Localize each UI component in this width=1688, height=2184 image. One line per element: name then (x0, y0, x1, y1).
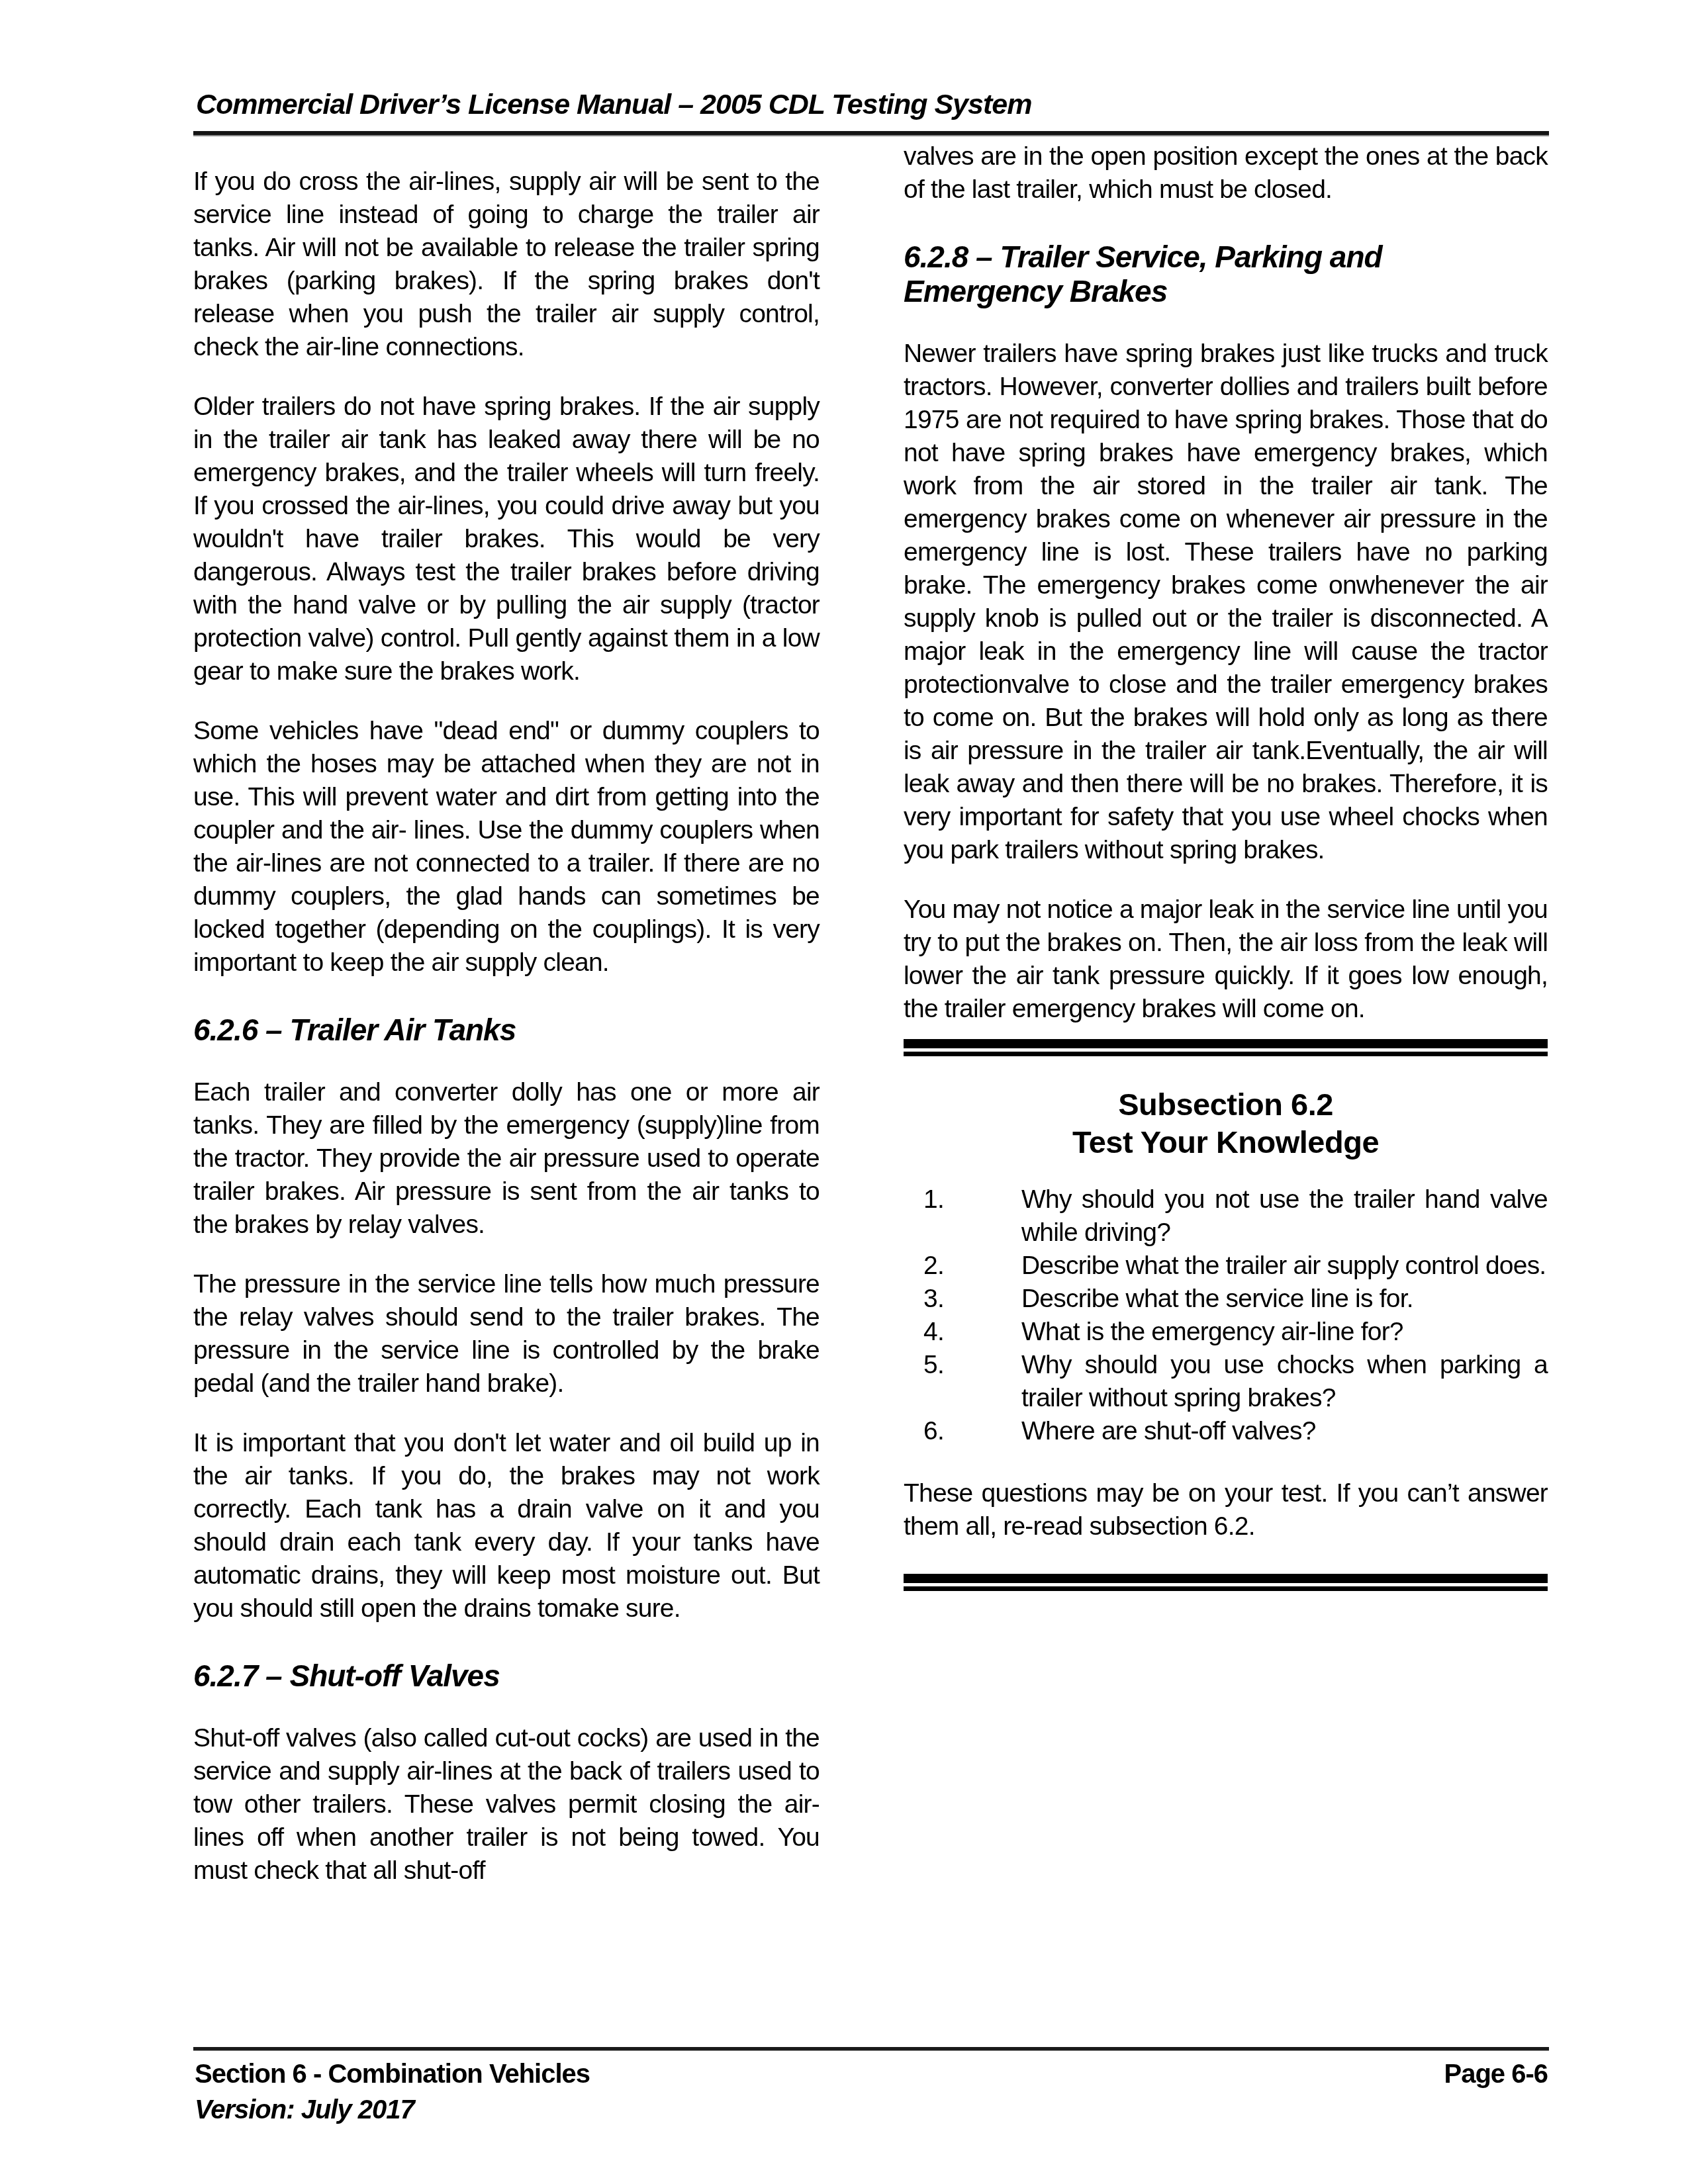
question-number: 2. (904, 1250, 1021, 1283)
question-number: 5. (904, 1349, 1021, 1382)
question-item-3: 3. Describe what the service line is for… (904, 1283, 1548, 1316)
knowledge-question-list: 1. Why should you not use the trailer ha… (904, 1183, 1548, 1448)
question-item-5: 5. Why should you use chocks when parkin… (904, 1349, 1548, 1415)
question-number: 1. (904, 1183, 1021, 1216)
question-text: Describe what the service line is for. (1021, 1283, 1548, 1316)
section-heading-628: 6.2.8 – Trailer Service, Parking and Eme… (904, 240, 1548, 308)
right-column: valves are in the open position except t… (904, 140, 1548, 1591)
manual-page: Commercial Driver’s License Manual – 200… (0, 0, 1688, 2184)
question-number: 6. (904, 1415, 1021, 1448)
paragraph-newer-trailers: Newer trailers have spring brakes just l… (904, 338, 1548, 867)
footer-divider-rule (193, 2047, 1549, 2051)
test-your-knowledge-title: Subsection 6.2 Test Your Knowledge (904, 1085, 1548, 1161)
page-header-title: Commercial Driver’s License Manual – 200… (196, 89, 1031, 120)
subsection-title-line2: Test Your Knowledge (904, 1123, 1548, 1161)
paragraph-questions-on-test: These questions may be on your test. If … (904, 1477, 1548, 1543)
question-item-2: 2. Describe what the trailer air supply … (904, 1250, 1548, 1283)
paragraph-service-line-leak: You may not notice a major leak in the s… (904, 893, 1548, 1026)
footer-section-label: Section 6 - Combination Vehicles (195, 2060, 590, 2089)
rule-thick-bar (904, 1574, 1548, 1583)
paragraph-trailer-air-tanks: Each trailer and converter dolly has one… (193, 1076, 820, 1242)
paragraph-service-line-pressure: The pressure in the service line tells h… (193, 1268, 820, 1400)
question-item-4: 4. What is the emergency air-line for? (904, 1316, 1548, 1349)
left-column: If you do cross the air-lines, supply ai… (193, 165, 820, 1914)
rule-thin-bar (904, 1052, 1548, 1056)
divider-double-rule-top (904, 1039, 1548, 1056)
question-text: Where are shut-off valves? (1021, 1415, 1548, 1448)
section-heading-627: 6.2.7 – Shut-off Valves (193, 1659, 820, 1693)
question-item-6: 6. Where are shut-off valves? (904, 1415, 1548, 1448)
footer-page-number: Page 6-6 (1444, 2060, 1548, 2089)
question-number: 4. (904, 1316, 1021, 1349)
paragraph-dummy-couplers: Some vehicles have "dead end" or dummy c… (193, 715, 820, 979)
paragraph-older-trailers: Older trailers do not have spring brakes… (193, 390, 820, 688)
paragraph-shutoff-valves: Shut-off valves (also called cut-out coc… (193, 1722, 820, 1888)
paragraph-water-oil-buildup: It is important that you don't let water… (193, 1427, 820, 1625)
rule-thin-bar (904, 1586, 1548, 1591)
divider-double-rule-bottom (904, 1574, 1548, 1591)
paragraph-crossed-airlines: If you do cross the air-lines, supply ai… (193, 165, 820, 364)
rule-thick-bar (904, 1039, 1548, 1048)
footer-version-label: Version: July 2017 (195, 2095, 414, 2125)
header-divider-rule (193, 131, 1549, 136)
question-text: What is the emergency air-line for? (1021, 1316, 1548, 1349)
question-text: Describe what the trailer air supply con… (1021, 1250, 1548, 1283)
question-number: 3. (904, 1283, 1021, 1316)
paragraph-valves-open-position: valves are in the open position except t… (904, 140, 1548, 206)
question-text: Why should you not use the trailer hand … (1021, 1183, 1548, 1250)
section-heading-626: 6.2.6 – Trailer Air Tanks (193, 1013, 820, 1047)
question-item-1: 1. Why should you not use the trailer ha… (904, 1183, 1548, 1250)
question-text: Why should you use chocks when parking a… (1021, 1349, 1548, 1415)
subsection-title-line1: Subsection 6.2 (904, 1085, 1548, 1123)
